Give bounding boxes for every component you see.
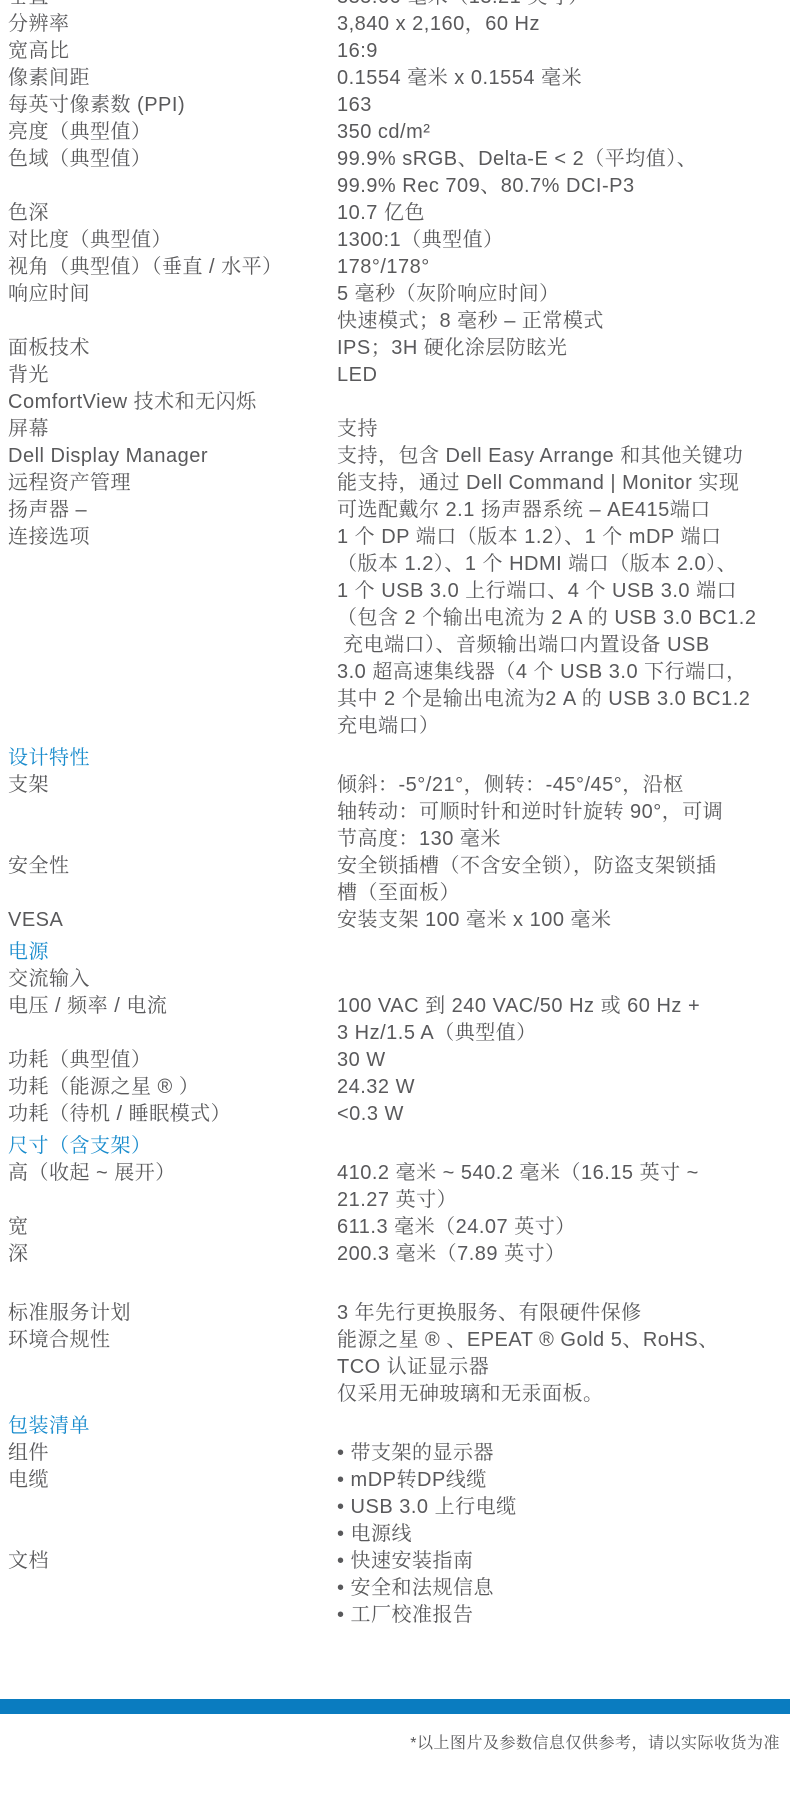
spec-sheet-page: 垂直 335.66 毫米（13.21 英寸） 分辨率 3,840 x 2,160… bbox=[0, 0, 790, 1817]
spec-row: 分辨率 3,840 x 2,160，60 Hz bbox=[0, 11, 790, 38]
section-design-features: 设计特性 支架 倾斜：-5°/21°，侧转：-45°/45°，沿枢 轴转动：可顺… bbox=[0, 745, 790, 934]
spec-row: 电压 / 频率 / 电流 100 VAC 到 240 VAC/50 Hz 或 6… bbox=[0, 993, 790, 1047]
spec-value: 611.3 毫米（24.07 英寸） bbox=[337, 1214, 790, 1241]
spec-label: 像素间距 bbox=[8, 65, 337, 92]
spec-label: 高（收起 ~ 展开） bbox=[8, 1160, 337, 1214]
spec-label: 安全性 bbox=[8, 853, 337, 907]
spec-row: 文档 • 快速安装指南 • 安全和法规信息 • 工厂校准报告 bbox=[0, 1548, 790, 1629]
spec-label: 交流输入 bbox=[8, 966, 337, 993]
spec-label: 亮度（典型值） bbox=[8, 119, 337, 146]
spec-label: ComfortView 技术和无闪烁 屏幕 bbox=[8, 389, 337, 443]
spec-label: 响应时间 bbox=[8, 281, 337, 335]
spec-value: 支持，包含 Dell Easy Arrange 和其他关键功 能支持，通过 De… bbox=[337, 443, 790, 740]
spec-value bbox=[337, 966, 790, 993]
spec-value: 支持 bbox=[337, 416, 790, 443]
spec-label: 色深 bbox=[8, 200, 337, 227]
spec-label: 支架 bbox=[8, 772, 337, 853]
spec-row: 对比度（典型值） 1300:1（典型值） bbox=[0, 227, 790, 254]
section-display: 垂直 335.66 毫米（13.21 英寸） 分辨率 3,840 x 2,160… bbox=[0, 0, 790, 740]
section-header: 尺寸（含支架） bbox=[0, 1133, 790, 1160]
spec-label: 电压 / 频率 / 电流 bbox=[8, 993, 337, 1047]
spec-value: 410.2 毫米 ~ 540.2 毫米（16.15 英寸 ~ 21.27 英寸） bbox=[337, 1160, 790, 1214]
clipped-top-row: 垂直 335.66 毫米（13.21 英寸） bbox=[0, 0, 790, 11]
spec-row: 面板技术 IPS；3H 硬化涂层防眩光 bbox=[0, 335, 790, 362]
spec-row: 宽 611.3 毫米（24.07 英寸） bbox=[0, 1214, 790, 1241]
spec-label: 功耗（待机 / 睡眠模式） bbox=[8, 1101, 337, 1128]
spec-value: 99.9% sRGB、Delta-E < 2（平均值）、 99.9% Rec 7… bbox=[337, 146, 790, 200]
spec-label: 电缆 bbox=[8, 1467, 337, 1548]
spec-value: 100 VAC 到 240 VAC/50 Hz 或 60 Hz + 3 Hz/1… bbox=[337, 993, 790, 1047]
spec-value: 30 W bbox=[337, 1047, 790, 1074]
spec-row: 功耗（能源之星 ® ） 24.32 W bbox=[0, 1074, 790, 1101]
spec-label: 对比度（典型值） bbox=[8, 227, 337, 254]
section-header: 设计特性 bbox=[0, 745, 790, 772]
spec-row: 交流输入 bbox=[0, 966, 790, 993]
spec-row: 响应时间 5 毫秒（灰阶响应时间） 快速模式；8 毫秒 – 正常模式 bbox=[0, 281, 790, 335]
spec-row: 电缆 • mDP转DP线缆 • USB 3.0 上行电缆 • 电源线 bbox=[0, 1467, 790, 1548]
spec-value: 5 毫秒（灰阶响应时间） 快速模式；8 毫秒 – 正常模式 bbox=[337, 281, 790, 335]
spec-value: 倾斜：-5°/21°，侧转：-45°/45°，沿枢 轴转动：可顺时针和逆时针旋转… bbox=[337, 772, 790, 853]
spec-label: 分辨率 bbox=[8, 11, 337, 38]
spec-row: 背光 LED bbox=[0, 362, 790, 389]
spec-label: 宽 bbox=[8, 1214, 337, 1241]
spec-value: 3 年先行更换服务、有限硬件保修 bbox=[337, 1300, 790, 1327]
spec-value: 200.3 毫米（7.89 英寸） bbox=[337, 1241, 790, 1268]
spec-value: 3,840 x 2,160，60 Hz bbox=[337, 11, 790, 38]
spec-value: 350 cd/m² bbox=[337, 119, 790, 146]
spec-label: 功耗（典型值） bbox=[8, 1047, 337, 1074]
spec-value: IPS；3H 硬化涂层防眩光 bbox=[337, 335, 790, 362]
spec-value: LED bbox=[337, 362, 790, 389]
spec-value: 0.1554 毫米 x 0.1554 毫米 bbox=[337, 65, 790, 92]
spec-row: 高（收起 ~ 展开） 410.2 毫米 ~ 540.2 毫米（16.15 英寸 … bbox=[0, 1160, 790, 1214]
spacer bbox=[0, 1629, 790, 1699]
spec-row: 垂直 335.66 毫米（13.21 英寸） bbox=[0, 0, 790, 11]
section-power: 电源 交流输入 电压 / 频率 / 电流 100 VAC 到 240 VAC/5… bbox=[0, 939, 790, 1128]
section-dimensions: 尺寸（含支架） 高（收起 ~ 展开） 410.2 毫米 ~ 540.2 毫米（1… bbox=[0, 1133, 790, 1268]
spec-row: VESA 安装支架 100 毫米 x 100 毫米 bbox=[0, 907, 790, 934]
spec-label: 功耗（能源之星 ® ） bbox=[8, 1074, 337, 1101]
spec-row: 环境合规性 能源之星 ® 、EPEAT ® Gold 5、RoHS、 TCO 认… bbox=[0, 1327, 790, 1408]
spec-label: 深 bbox=[8, 1241, 337, 1268]
spec-content: 垂直 335.66 毫米（13.21 英寸） 分辨率 3,840 x 2,160… bbox=[0, 0, 790, 1757]
spec-row: ComfortView 技术和无闪烁 屏幕 支持 bbox=[0, 389, 790, 443]
spec-row: 色域（典型值） 99.9% sRGB、Delta-E < 2（平均值）、 99.… bbox=[0, 146, 790, 200]
spec-label: 环境合规性 bbox=[8, 1327, 337, 1408]
spec-value: <0.3 W bbox=[337, 1101, 790, 1128]
spec-row: 视角（典型值）（垂直 / 水平） 178°/178° bbox=[0, 254, 790, 281]
spec-row: 色深 10.7 亿色 bbox=[0, 200, 790, 227]
spec-label: 每英寸像素数 (PPI) bbox=[8, 92, 337, 119]
spec-row: 亮度（典型值） 350 cd/m² bbox=[0, 119, 790, 146]
spec-value: • mDP转DP线缆 • USB 3.0 上行电缆 • 电源线 bbox=[337, 1467, 790, 1548]
spec-row: 像素间距 0.1554 毫米 x 0.1554 毫米 bbox=[0, 65, 790, 92]
disclaimer-note: *以上图片及参数信息仅供参考，请以实际收货为准 bbox=[0, 1730, 790, 1757]
spec-row: 功耗（待机 / 睡眠模式） <0.3 W bbox=[0, 1101, 790, 1128]
spec-value: 1300:1（典型值） bbox=[337, 227, 790, 254]
spec-label: 垂直 bbox=[8, 0, 337, 11]
spec-value: 16:9 bbox=[337, 38, 790, 65]
spec-value: 10.7 亿色 bbox=[337, 200, 790, 227]
spec-label: 视角（典型值）（垂直 / 水平） bbox=[8, 254, 337, 281]
spec-label: 组件 bbox=[8, 1440, 337, 1467]
spec-label: 文档 bbox=[8, 1548, 337, 1629]
spec-value: • 带支架的显示器 bbox=[337, 1440, 790, 1467]
spec-label: 色域（典型值） bbox=[8, 146, 337, 200]
spec-value: 178°/178° bbox=[337, 254, 790, 281]
blue-divider-bar bbox=[0, 1699, 790, 1714]
spec-row: 安全性 安全锁插槽（不含安全锁），防盗支架锁插 槽（至面板） bbox=[0, 853, 790, 907]
section-header: 包装清单 bbox=[0, 1413, 790, 1440]
spec-value: 24.32 W bbox=[337, 1074, 790, 1101]
spec-row: 宽高比 16:9 bbox=[0, 38, 790, 65]
spec-label: 标准服务计划 bbox=[8, 1300, 337, 1327]
spec-value: 安全锁插槽（不含安全锁），防盗支架锁插 槽（至面板） bbox=[337, 853, 790, 907]
spec-row: 深 200.3 毫米（7.89 英寸） bbox=[0, 1241, 790, 1268]
spec-row: 支架 倾斜：-5°/21°，侧转：-45°/45°，沿枢 轴转动：可顺时针和逆时… bbox=[0, 772, 790, 853]
spec-row: 功耗（典型值） 30 W bbox=[0, 1047, 790, 1074]
spec-label: Dell Display Manager 远程资产管理 扬声器 – 连接选项 bbox=[8, 443, 337, 740]
section-package-contents: 包装清单 组件 • 带支架的显示器 电缆 • mDP转DP线缆 • USB 3.… bbox=[0, 1413, 790, 1629]
spec-row: 组件 • 带支架的显示器 bbox=[0, 1440, 790, 1467]
spec-row: 每英寸像素数 (PPI) 163 bbox=[0, 92, 790, 119]
spec-value: • 快速安装指南 • 安全和法规信息 • 工厂校准报告 bbox=[337, 1548, 790, 1629]
spec-label: 面板技术 bbox=[8, 335, 337, 362]
spec-value: 163 bbox=[337, 92, 790, 119]
spec-row: Dell Display Manager 远程资产管理 扬声器 – 连接选项 支… bbox=[0, 443, 790, 740]
spec-row: 标准服务计划 3 年先行更换服务、有限硬件保修 bbox=[0, 1300, 790, 1327]
section-service: 标准服务计划 3 年先行更换服务、有限硬件保修 环境合规性 能源之星 ® 、EP… bbox=[0, 1300, 790, 1408]
spec-value: 安装支架 100 毫米 x 100 毫米 bbox=[337, 907, 790, 934]
spec-value: 能源之星 ® 、EPEAT ® Gold 5、RoHS、 TCO 认证显示器 仅… bbox=[337, 1327, 790, 1408]
spec-label: 背光 bbox=[8, 362, 337, 389]
spec-label: 宽高比 bbox=[8, 38, 337, 65]
spec-value: 335.66 毫米（13.21 英寸） bbox=[337, 0, 790, 11]
spec-label: VESA bbox=[8, 907, 337, 934]
section-header: 电源 bbox=[0, 939, 790, 966]
